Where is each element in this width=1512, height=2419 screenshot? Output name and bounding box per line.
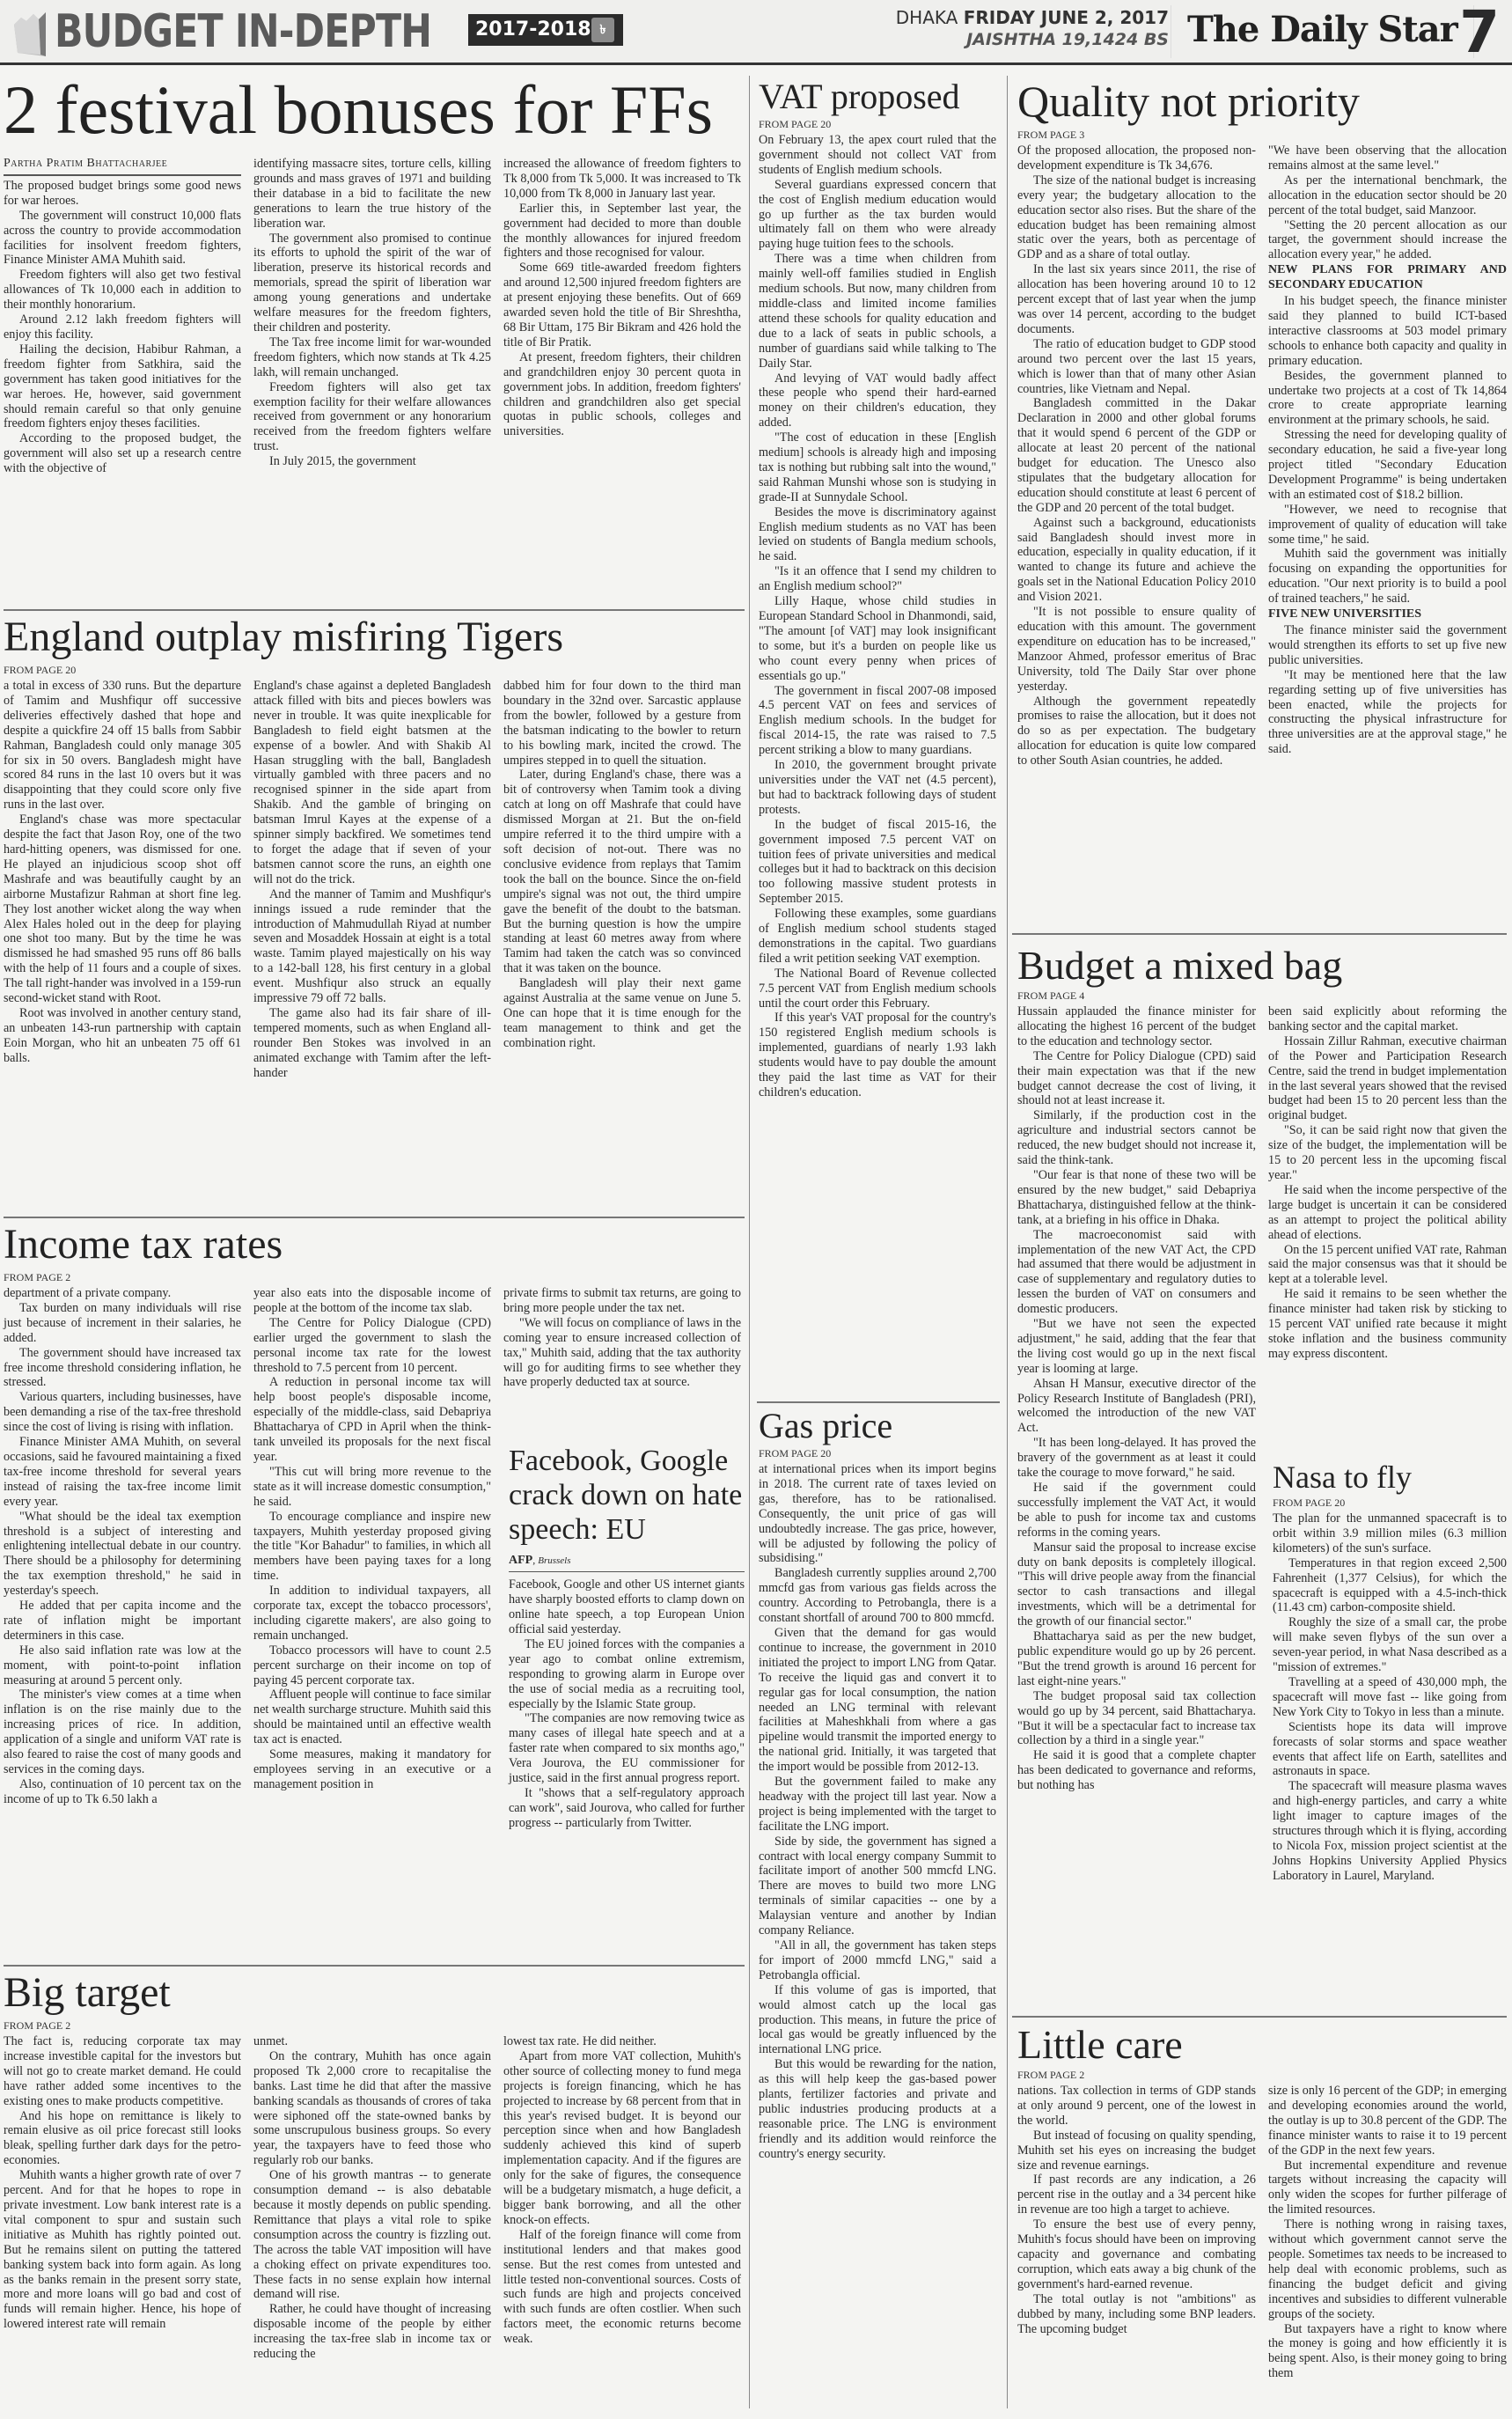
dateline-location: Brussels — [538, 1555, 570, 1566]
paragraph: The government will construct 10,000 fla… — [4, 209, 241, 268]
paragraph: The plan for the unmanned spacecraft is … — [1273, 1511, 1507, 1556]
paragraph: unmet. — [253, 2034, 491, 2049]
paragraph: Besides the move is discriminatory again… — [759, 505, 996, 565]
paragraph: It "shows that a self-regulatory approac… — [509, 1786, 745, 1831]
subheading: NEW PLANS FOR PRIMARY AND SECONDARY EDUC… — [1268, 263, 1507, 293]
headline: 2 festival bonuses for FFs — [4, 76, 741, 144]
paragraph: Tobacco processors will have to count 2.… — [253, 1643, 491, 1688]
paragraph: at international prices when its import … — [759, 1462, 996, 1566]
article-body: nations. Tax collection in terms of GDP … — [1017, 2084, 1507, 2381]
paragraph: If this year's VAT proposal for the coun… — [759, 1011, 996, 1099]
paragraph: Roughly the size of a small car, the pro… — [1273, 1615, 1507, 1675]
headline: Quality not priority — [1017, 79, 1507, 123]
paragraph: Although the government repeatedly promi… — [1017, 695, 1256, 769]
paragraph: "We will focus on compliance of laws in … — [503, 1316, 741, 1391]
paragraph: In July 2015, the government — [253, 454, 491, 469]
paragraph: Also, continuation of 10 percent tax on … — [4, 1777, 241, 1807]
paragraph: To ensure the best use of every penny, M… — [1017, 2217, 1256, 2292]
paragraph: Following these examples, some guardians… — [759, 907, 996, 967]
column: size is only 16 percent of the GDP; in e… — [1268, 2084, 1507, 2381]
paragraph: He said it remains to be seen whether th… — [1268, 1287, 1507, 1362]
paragraph: "It may be mentioned here that the law r… — [1268, 668, 1507, 757]
newspaper-logo: The Daily Star — [1171, 5, 1474, 58]
paragraph: Facebook, Google and other US internet g… — [509, 1577, 745, 1637]
paragraph: England's chase against a depleted Bangl… — [253, 679, 491, 887]
headline: Budget a mixed bag — [1017, 945, 1507, 986]
article-body: The fact is, reducing corporate tax may … — [4, 2034, 741, 2362]
section-divider — [1012, 933, 1507, 935]
paragraph: "It is not possible to ensure quality of… — [1017, 605, 1256, 694]
column: The plan for the unmanned spacecraft is … — [1273, 1511, 1507, 1884]
paragraph: "What should be the ideal tax exemption … — [4, 1510, 241, 1599]
headline: Gas price — [759, 1408, 996, 1444]
column: nations. Tax collection in terms of GDP … — [1017, 2084, 1256, 2381]
paragraph: year also eats into the disposable incom… — [253, 1286, 491, 1316]
paragraph: The proposed budget brings some good new… — [4, 179, 241, 209]
paragraph: On the 15 percent unified VAT rate, Rahm… — [1268, 1243, 1507, 1288]
paragraph: "It has been long-delayed. It has proved… — [1017, 1436, 1256, 1481]
paragraph: "Our fear is that none of these two will… — [1017, 1168, 1256, 1228]
byline: AFP, Brussels — [509, 1554, 745, 1572]
paragraph: He also said inflation rate was low at t… — [4, 1643, 241, 1688]
section-divider — [4, 609, 745, 611]
dateline: DHAKA FRIDAY JUNE 2, 2017 JAISHTHA 19,14… — [896, 7, 1169, 49]
headline: Big target — [4, 1972, 741, 2014]
section-divider — [1012, 2016, 1507, 2018]
paragraph: Some 669 title-awarded freedom fighters … — [503, 261, 741, 349]
column: Of the proposed allocation, the proposed… — [1017, 143, 1256, 768]
page-number: 7 — [1459, 0, 1500, 65]
from-page-label: FROM PAGE 20 — [4, 664, 741, 677]
paragraph: But incremental expenditure and revenue … — [1268, 2158, 1507, 2218]
dateline-date: FRIDAY JUNE 2, 2017 — [964, 7, 1169, 28]
paragraph: Besides, the government planned to under… — [1268, 369, 1507, 429]
fiscal-year-badge: 2017-2018 ৳ — [468, 14, 623, 46]
column: England's chase against a depleted Bangl… — [253, 679, 491, 1080]
byline: Partha Pratim Bhattacharjee — [4, 157, 241, 176]
paragraph: Of the proposed allocation, the proposed… — [1017, 143, 1256, 173]
paragraph: nations. Tax collection in terms of GDP … — [1017, 2084, 1256, 2129]
from-page-label: FROM PAGE 20 — [759, 1447, 996, 1460]
section-divider — [4, 1217, 745, 1218]
column: year also eats into the disposable incom… — [253, 1286, 491, 1807]
paragraph: The size of the national budget is incre… — [1017, 173, 1256, 262]
article-ffs-bonuses: 2 festival bonuses for FFs Partha Pratim… — [4, 76, 741, 476]
paragraph: In addition to individual taxpayers, all… — [253, 1584, 491, 1643]
column: dabbed him for four down to the third ma… — [503, 679, 741, 1080]
paragraph: The Centre for Policy Dialogue (CPD) sai… — [1017, 1049, 1256, 1109]
from-page-label: FROM PAGE 4 — [1017, 989, 1507, 1003]
paragraph: Muhith said the government was initially… — [1268, 547, 1507, 607]
paragraph: Bangladesh committed in the Dakar Declar… — [1017, 396, 1256, 515]
paragraph: Various quarters, including businesses, … — [4, 1390, 241, 1435]
dateline-bangla-date: JAISHTHA 19,1424 BS — [896, 30, 1169, 49]
headline: Facebook, Google crack down on hate spee… — [509, 1444, 745, 1547]
paragraph: The Tax free income limit for war-wounde… — [253, 335, 491, 380]
article-big-target: Big target FROM PAGE 2 The fact is, redu… — [4, 1972, 741, 2362]
column: unmet.On the contrary, Muhith has once a… — [253, 2034, 491, 2362]
paragraph: Ahsan H Mansur, executive director of th… — [1017, 1377, 1256, 1437]
paragraph: "However, we need to recognise that impr… — [1268, 503, 1507, 548]
paragraph: At present, freedom fighters, their chil… — [503, 350, 741, 439]
paragraph: Bhattacharya said as per the new budget,… — [1017, 1629, 1256, 1689]
article-body: The plan for the unmanned spacecraft is … — [1273, 1511, 1507, 1884]
paragraph: The total outlay is not "ambitions" as d… — [1017, 2292, 1256, 2337]
paragraph: The government should have increased tax… — [4, 1346, 241, 1391]
headline: Nasa to fly — [1273, 1461, 1507, 1493]
paragraph: And his hope on remittance is likely to … — [4, 2109, 241, 2169]
from-page-label: FROM PAGE 20 — [1273, 1496, 1507, 1510]
paragraph: The government also promised to continue… — [253, 232, 491, 335]
paragraph: Scientists hope its data will improve fo… — [1273, 1720, 1507, 1780]
paragraph: The spacecraft will measure plasma waves… — [1273, 1779, 1507, 1883]
paragraph: Earlier this, in September last year, th… — [503, 202, 741, 261]
article-body: Partha Pratim BhattacharjeeThe proposed … — [4, 157, 741, 476]
column-divider — [749, 76, 750, 2408]
paragraph: A reduction in personal income tax will … — [253, 1375, 491, 1464]
paragraph: To encourage compliance and inspire new … — [253, 1510, 491, 1584]
paragraph: Apart from more VAT collection, Muhith's… — [503, 2049, 741, 2228]
paragraph: As per the international benchmark, the … — [1268, 173, 1507, 218]
paragraph: Hailing the decision, Habibur Rahman, a … — [4, 342, 241, 431]
paragraph: lowest tax rate. He did neither. — [503, 2034, 741, 2049]
section-title: BUDGET IN-DEPTH — [55, 4, 431, 60]
column: On February 13, the apex court ruled tha… — [759, 133, 996, 1100]
headline: VAT proposed — [759, 79, 996, 114]
paragraph: private firms to submit tax returns, are… — [503, 1286, 741, 1316]
paragraph: Hossain Zillur Rahman, executive chairma… — [1268, 1034, 1507, 1123]
article-england-tigers: England outplay misfiring Tigers FROM PA… — [4, 616, 741, 1080]
paragraph: The fact is, reducing corporate tax may … — [4, 2034, 241, 2109]
from-page-label: FROM PAGE 2 — [1017, 2069, 1507, 2082]
column: identifying massacre sites, torture cell… — [253, 157, 491, 476]
paragraph: Finance Minister AMA Muhith, on several … — [4, 1435, 241, 1510]
fiscal-year-label: 2017-2018 — [475, 18, 591, 40]
paragraph: But instead of focusing on quality spend… — [1017, 2129, 1256, 2173]
paragraph: "The cost of education in these [English… — [759, 430, 996, 505]
paragraph: Bangladesh currently supplies around 2,7… — [759, 1566, 996, 1626]
masthead: BUDGET IN-DEPTH 2017-2018 ৳ DHAKA FRIDAY… — [0, 0, 1512, 65]
briefcase-taka-icon: ৳ — [591, 18, 614, 42]
paragraph: If past records are any indication, a 26… — [1017, 2173, 1256, 2217]
paragraph: Rather, he could have thought of increas… — [253, 2302, 491, 2362]
paragraph: The finance minister said the government… — [1268, 623, 1507, 668]
paragraph: Affluent people will continue to face si… — [253, 1687, 491, 1747]
article-facebook-google: Facebook, Google crack down on hate spee… — [509, 1444, 745, 1831]
article-nasa-to-fly: Nasa to fly FROM PAGE 20 The plan for th… — [1273, 1461, 1507, 1884]
paragraph: Freedom fighters will also get tax exemp… — [253, 380, 491, 455]
paragraph: England's chase was more spectacular des… — [4, 812, 241, 1006]
column: department of a private company.Tax burd… — [4, 1286, 241, 1807]
paragraph: And the manner of Tamim and Mushfiqur's … — [253, 887, 491, 1006]
paragraph: The ratio of education budget to GDP sto… — [1017, 337, 1256, 397]
article-body: On February 13, the apex court ruled tha… — [759, 133, 996, 1100]
paragraph: "Setting the 20 percent allocation as ou… — [1268, 218, 1507, 263]
paragraph: "But we have not seen the expected adjus… — [1017, 1317, 1256, 1377]
from-page-label: FROM PAGE 2 — [4, 2019, 741, 2033]
column: "We have been observing that the allocat… — [1268, 143, 1507, 768]
agency: AFP — [509, 1554, 532, 1567]
paragraph: There is nothing wrong in raising taxes,… — [1268, 2217, 1507, 2321]
paragraph: "Is it an offence that I send my childre… — [759, 564, 996, 594]
column: increased the allowance of freedom fight… — [503, 157, 741, 476]
paragraph: dabbed him for four down to the third ma… — [503, 679, 741, 768]
paragraph: Against such a background, educationists… — [1017, 516, 1256, 605]
paragraph: The macroeconomist said with implementat… — [1017, 1228, 1256, 1317]
paragraph: The EU joined forces with the companies … — [509, 1637, 745, 1712]
paragraph: In 2010, the government brought private … — [759, 758, 996, 818]
paragraph: Travelling at a speed of 430,000 mph, th… — [1273, 1675, 1507, 1720]
column: Hussain applauded the finance minister f… — [1017, 1004, 1256, 1793]
paragraph: "All in all, the government has taken st… — [759, 1938, 996, 1983]
headline: Income tax rates — [4, 1224, 741, 1266]
paragraph: The National Board of Revenue collected … — [759, 967, 996, 1011]
paragraph: Mansur said the proposal to increase exc… — [1017, 1540, 1256, 1629]
column: Partha Pratim BhattacharjeeThe proposed … — [4, 157, 241, 476]
paragraph: But the government failed to make any he… — [759, 1775, 996, 1834]
paragraph: department of a private company. — [4, 1286, 241, 1301]
paragraph: He said it is good that a complete chapt… — [1017, 1748, 1256, 1793]
article-body: a total in excess of 330 runs. But the d… — [4, 679, 741, 1080]
paragraph: Temperatures in that region exceed 2,500… — [1273, 1556, 1507, 1616]
paragraph: "The companies are now removing twice as… — [509, 1711, 745, 1786]
article-vat-proposed: VAT proposed FROM PAGE 20 On February 13… — [759, 79, 996, 1100]
paragraph: The government in fiscal 2007-08 imposed… — [759, 684, 996, 759]
paragraph: According to the proposed budget, the go… — [4, 431, 241, 476]
paragraph: Stressing the need for developing qualit… — [1268, 428, 1507, 503]
paragraph: He said when the income perspective of t… — [1268, 1183, 1507, 1243]
paragraph: Some measures, making it mandatory for e… — [253, 1747, 491, 1792]
column: a total in excess of 330 runs. But the d… — [4, 679, 241, 1080]
paragraph: Freedom fighters will also get two festi… — [4, 268, 241, 312]
subheading: FIVE NEW UNIVERSITIES — [1268, 607, 1507, 622]
paragraph: increased the allowance of freedom fight… — [503, 157, 741, 202]
column: at international prices when its import … — [759, 1462, 996, 2162]
paragraph: "This cut will bring more revenue to the… — [253, 1465, 491, 1510]
paragraph: Bangladesh will play their next game aga… — [503, 976, 741, 1051]
paragraph: Later, during England's chase, there was… — [503, 768, 741, 976]
paragraph: The game also had its fair share of ill-… — [253, 1006, 491, 1081]
section-divider — [4, 1965, 745, 1967]
paragraph: He said if the government could successf… — [1017, 1481, 1256, 1540]
paragraph: One of his growth mantras -- to generate… — [253, 2168, 491, 2302]
paragraph: "So, it can be said right now that given… — [1268, 1123, 1507, 1183]
article-body: Facebook, Google and other US internet g… — [509, 1577, 745, 1830]
section-divider — [757, 1401, 1000, 1403]
paragraph: Half of the foreign finance will come fr… — [503, 2228, 741, 2347]
paragraph: Lilly Haque, whose child studies in Euro… — [759, 594, 996, 683]
paragraph: On February 13, the apex court ruled tha… — [759, 133, 996, 178]
article-quality-not-priority: Quality not priority FROM PAGE 3 Of the … — [1017, 79, 1507, 768]
from-page-label: FROM PAGE 3 — [1017, 129, 1507, 142]
paragraph: Tax burden on many individuals will rise… — [4, 1301, 241, 1346]
paragraph: size is only 16 percent of the GDP; in e… — [1268, 2084, 1507, 2158]
paragraph: identifying massacre sites, torture cell… — [253, 157, 491, 232]
from-page-label: FROM PAGE 2 — [4, 1271, 741, 1284]
paragraph: But this would be rewarding for the nati… — [759, 2057, 996, 2161]
article-body: Of the proposed allocation, the proposed… — [1017, 143, 1507, 768]
column: The fact is, reducing corporate tax may … — [4, 2034, 241, 2362]
headline: Little care — [1017, 2025, 1507, 2065]
headline: England outplay misfiring Tigers — [4, 616, 741, 658]
paragraph: The Centre for Policy Dialogue (CPD) ear… — [253, 1316, 491, 1376]
paragraph: But taxpayers have a right to know where… — [1268, 2322, 1507, 2382]
paragraph: Several guardians expressed concern that… — [759, 178, 996, 253]
paragraph: Side by side, the government has signed … — [759, 1834, 996, 1938]
paragraph: If this volume of gas is imported, that … — [759, 1983, 996, 2058]
paragraph: Given that the demand for gas would cont… — [759, 1626, 996, 1775]
paragraph: On the contrary, Muhith has once again p… — [253, 2049, 491, 2168]
dateline-city: DHAKA — [896, 7, 958, 28]
paragraph: The budget proposal said tax collection … — [1017, 1689, 1256, 1749]
paragraph: He added that per capita income and the … — [4, 1599, 241, 1643]
paragraph: In the budget of fiscal 2015-16, the gov… — [759, 818, 996, 907]
paragraph: The minister's view comes at a time when… — [4, 1687, 241, 1776]
paragraph: Hussain applauded the finance minister f… — [1017, 1004, 1256, 1049]
paragraph: Root was involved in another century sta… — [4, 1006, 241, 1066]
article-gas-price: Gas price FROM PAGE 20 at international … — [759, 1408, 996, 2162]
from-page-label: FROM PAGE 20 — [759, 118, 996, 131]
column: lowest tax rate. He did neither.Apart fr… — [503, 2034, 741, 2362]
column: Facebook, Google and other US internet g… — [509, 1577, 745, 1830]
paragraph: Around 2.12 lakh freedom fighters will e… — [4, 312, 241, 342]
paragraph: Muhith wants a higher growth rate of ove… — [4, 2168, 241, 2332]
paragraph: In the last six years since 2011, the ri… — [1017, 262, 1256, 337]
paragraph: And levying of VAT would badly affect th… — [759, 371, 996, 431]
column-divider — [1007, 76, 1008, 2408]
paragraph: a total in excess of 330 runs. But the d… — [4, 679, 241, 812]
paragraph: been said explicitly about reforming the… — [1268, 1004, 1507, 1034]
paragraph: There was a time when children from main… — [759, 252, 996, 371]
paragraph: In his budget speech, the finance minist… — [1268, 294, 1507, 369]
article-little-care: Little care FROM PAGE 2 nations. Tax col… — [1017, 2025, 1507, 2381]
article-body: at international prices when its import … — [759, 1462, 996, 2162]
paragraph: Similarly, if the production cost in the… — [1017, 1108, 1256, 1168]
paragraph: "We have been observing that the allocat… — [1268, 143, 1507, 173]
budget-book-logo-icon — [12, 9, 48, 58]
